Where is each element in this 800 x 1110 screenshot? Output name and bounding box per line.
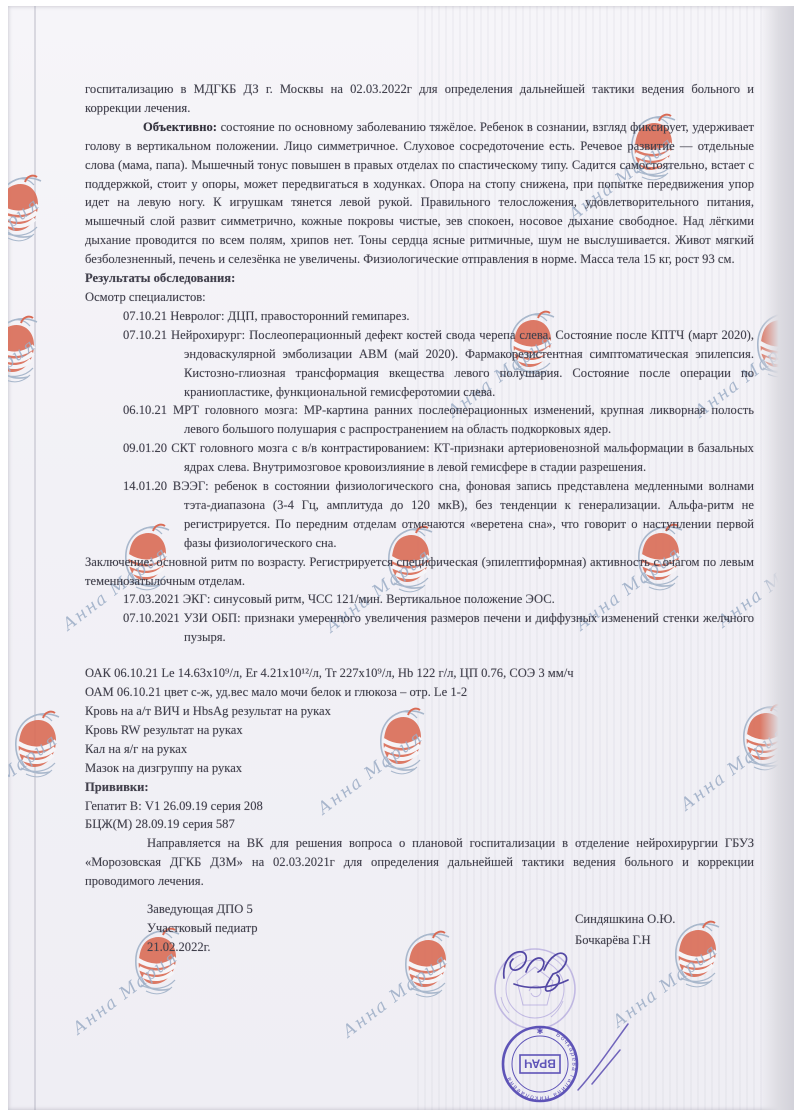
entry-text: МРТ головного мозга: МР-картина ранних п… xyxy=(173,403,754,436)
referral-paragraph: Направляется на ВК для решения вопроса о… xyxy=(85,834,754,891)
entry-text: Нейрохирург: Послеоперационный дефект ко… xyxy=(171,328,754,399)
entry-text: ВЭЭГ: ребенок в состоянии физиологическо… xyxy=(173,479,754,550)
signatory-name: Синдяшкина О.Ю. xyxy=(575,909,675,930)
scan-right-shadow xyxy=(760,6,794,1110)
vaccination-line: Гепатит В: V1 26.09.19 серия 208 xyxy=(85,797,754,816)
entry-text: ЭКГ: синусовый ритм, ЧСС 121/мин. Вертик… xyxy=(183,592,555,606)
lab-results-line: ОАК 06.10.21 Le 14.63x10⁹/л, Er 4.21x10¹… xyxy=(85,664,754,683)
entry-date: 17.03.2021 xyxy=(123,592,180,606)
entry-text: Невролог: ДЦП, правосторонний гемипарез. xyxy=(170,309,409,323)
exam-entry: 14.01.20 ВЭЭГ: ребенок в состоянии физио… xyxy=(85,477,754,553)
vaccinations-header: Прививки: xyxy=(85,778,754,797)
entry-date: 14.01.20 xyxy=(123,479,167,493)
lab-results-line: Кал на я/г на руках xyxy=(85,740,754,759)
document-body: госпитализацию в МДГКБ ДЗ г. Москвы на 0… xyxy=(85,80,754,980)
vaccination-line: БЦЖ(М) 28.09.19 серия 587 xyxy=(85,815,754,834)
clinic-watermark-text: Анна Мария xyxy=(8,194,44,286)
lab-results-block: ОАК 06.10.21 Le 14.63x10⁹/л, Er 4.21x10¹… xyxy=(85,664,754,777)
objective-text: состояние по основному заболеванию тяжёл… xyxy=(85,120,754,266)
scan-left-edge xyxy=(34,6,36,1110)
exam-entry: 06.10.21 МРТ головного мозга: МР-картина… xyxy=(85,401,754,439)
lab-results-line: ОАМ 06.10.21 цвет с-ж, уд.вес мало мочи … xyxy=(85,683,754,702)
exam-entry: 09.01.20 СКТ головного мозга с в/в контр… xyxy=(85,439,754,477)
entry-date: 06.10.21 xyxy=(123,403,167,417)
entry-text: СКТ головного мозга с в/в контрастирован… xyxy=(171,441,754,474)
intro-paragraph: госпитализацию в МДГКБ ДЗ г. Москвы на 0… xyxy=(85,80,754,118)
results-header: Результаты обследования: xyxy=(85,269,754,288)
objective-label: Объективно: xyxy=(143,120,217,134)
clinic-logo-icon xyxy=(8,315,55,393)
clinic-logo-icon xyxy=(8,710,77,788)
signatory-names: Синдяшкина О.Ю. Бочкарёва Г.Н xyxy=(575,909,675,951)
exam-entry: 07.10.21 Нейрохирург: Послеоперационный … xyxy=(85,326,754,402)
objective-paragraph: Объективно: состояние по основному забол… xyxy=(85,118,754,269)
signatory-name: Бочкарёва Г.Н xyxy=(575,930,675,951)
exam-entry: 07.10.21 Невролог: ДЦП, правосторонний г… xyxy=(85,307,754,326)
signature-block: Заведующая ДПО 5 Участковый педиатр 21.0… xyxy=(147,900,754,980)
entry-date: 07.10.2021 xyxy=(123,611,180,625)
entry-date: 07.10.21 xyxy=(123,309,167,323)
entry-date: 07.10.21 xyxy=(123,328,167,342)
lab-results-line: Мазок на дизгруппу на руках xyxy=(85,759,754,778)
document-scan: { "watermark": { "text": "Анна Мария" },… xyxy=(0,0,800,1110)
entry-date: 09.01.20 xyxy=(123,441,167,455)
exam-entry: 07.10.2021 УЗИ ОБП: признаки умеренного … xyxy=(85,609,754,647)
eeg-conclusion: Заключение: основной ритм по возрасту. Р… xyxy=(85,553,754,591)
entry-text: УЗИ ОБП: признаки умеренного увеличения … xyxy=(184,611,754,644)
clinic-watermark: Анна Мария xyxy=(8,710,85,835)
lab-results-line: Кровь на а/т ВИЧ и HbsAg результат на ру… xyxy=(85,702,754,721)
lab-results-line: Кровь RW результат на руках xyxy=(85,721,754,740)
specialists-label: Осмотр специалистов: xyxy=(85,288,754,307)
clinic-watermark: Анна Мария xyxy=(8,174,67,299)
exam-entry: 17.03.2021 ЭКГ: синусовый ритм, ЧСС 121/… xyxy=(85,590,754,609)
